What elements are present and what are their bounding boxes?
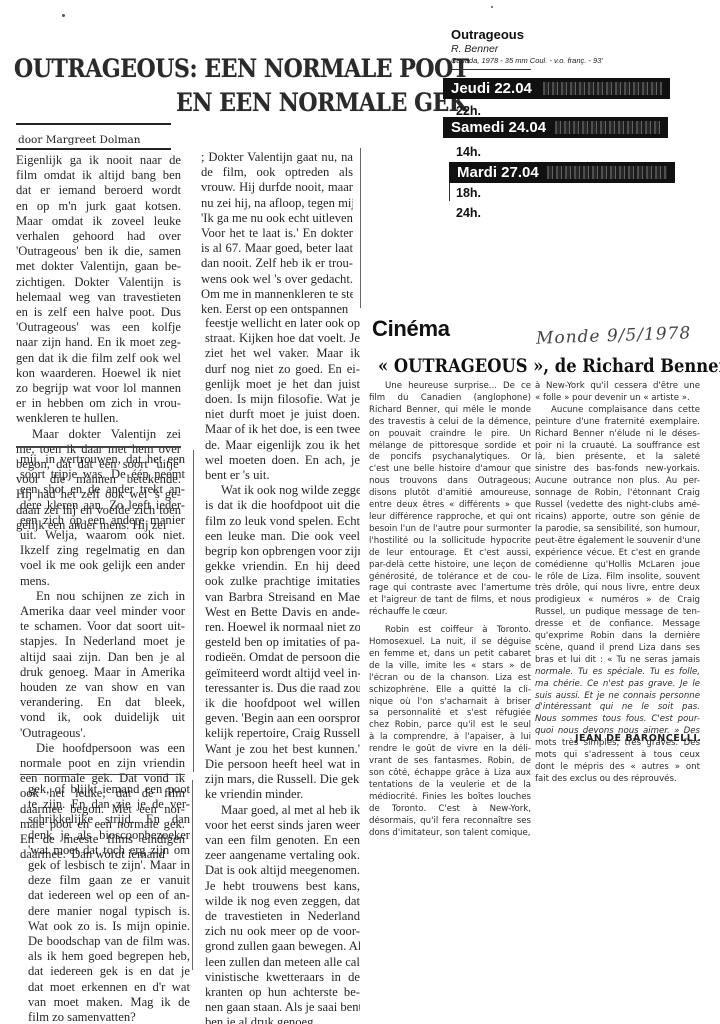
text-line: van moet maken. Mag ik de [28,995,190,1010]
text-line: een zich op een andere manier [20,513,185,528]
text-line: zeer aangename vertaling ook. [205,848,360,863]
text-line: kranten op hun achterste be- [205,985,360,1000]
text-line: scène, quand il prend Liza dans ses [535,643,700,655]
text-line: vrouw. Hij durfde nooit, maar [201,180,353,195]
column-vertical-rule [193,450,194,772]
text-line: wilde ik nog even zeggen, dat [205,894,360,909]
text-line: feestje wellicht en later ook op [205,316,360,331]
screening-time: 18h. [456,186,481,200]
text-line: sa personnalité et s'est réfugiée [369,708,531,720]
text-line: dan nooit. Zelf heb ik er trou- [201,256,353,271]
text-line: suis aussi. Et je ne connais personne [535,691,700,703]
text-line: de film, ook optreden als [201,165,353,180]
text-line: en is zelf een halve poot. Dus [16,305,181,320]
text-line: zich nu ook meer op de voor- [205,924,360,939]
text-line: voor het eerst sinds jaren weer [205,818,360,833]
text-line: soort tripje was. De één neemt [20,467,185,482]
text-line: film du Canadien (anglophone) [369,393,531,405]
text-line: dat iedereen gek is en dat je [28,964,190,979]
text-line: des travestis à celui de la démence, [369,417,531,429]
text-line: on pouvait craindre le pire. Un [369,429,531,441]
text-line: begrip kon opbrengen voor zijn [205,544,360,559]
text-line: als ik hem goed begrepen heb, [28,949,190,964]
text-line: gek of lesbisch te zijn'. Maar in [28,858,190,873]
text-line: te zijn. En dan zie je de ver- [28,797,190,812]
text-line: nous trouvons dans Outrageous; [369,476,531,488]
text-line: wel moeten doen. En ach, je [205,453,360,468]
text-line: 'Outrageous'. [20,726,185,741]
text-line: c'est une belle histoire d'amour que [369,464,531,476]
program-director: R. Benner [451,43,498,55]
listing-rule [449,183,450,201]
program-film-meta: Canada, 1978 - 35 mm Coul. - v.o. franç.… [451,56,603,65]
text-line: denk je als bioscoopbezoeker [28,828,190,843]
text-line: Wat ook zo is. Is mijn opinie. [28,919,190,934]
dutch-article-title-line1: OUTRAGEOUS: EEN NORMALE POOT [14,54,469,83]
text-line: poir ni la cruauté. La souffrance est [535,441,700,453]
text-line: nen gaan staan. Als je saai bent [205,1000,360,1015]
text-line: kon waarderen. Hoewel ik niet [16,366,181,381]
text-line: ik die hoofdpoot wel willen [205,696,360,711]
text-line: Russel (vedette des night-clubs amé- [535,500,700,512]
text-line: et l'aigreur de tant de films, et nous [369,595,531,607]
text-line: 'wat moet dat toch erg zijn om [28,843,190,858]
text-line: voel ik me ook gelijk een ander [20,558,185,573]
column-vertical-rule [192,780,193,970]
text-line: van Barbra Streisand en Mae [205,590,360,605]
text-line: met dokter Valentijn, gaan be- [16,259,181,274]
text-line: De boodschap van de film was. [28,934,190,949]
text-line: générosité, de tolérance et de cou- [369,572,531,584]
text-line: Voor het te laat is.' En dokter [201,226,353,241]
dutch-col2-top: ; Dokter Valentijn gaat nu, nade film, o… [201,150,353,317]
text-line: mens. [20,574,185,589]
dutch-col2-main: feestje wellicht en later ook opstraat. … [205,316,360,1024]
text-line: Dat is ook altijd meegenomen. [205,863,360,878]
text-line: zo begrijp wat voor lol mannen [16,381,181,396]
text-line: Ikzelf zing regelmatig en dan [20,543,185,558]
text-line: qu'exprime Robin dans la dernière [535,631,700,643]
byline: door Margreet Dolman [18,134,141,146]
text-line: Wat ik ook nog wilde zeggen [205,483,360,498]
text-line: deze film gaan ze er vanuit [28,873,190,888]
text-line: Eigenlijk ga ik nooit naar de [16,153,181,168]
text-line: vinistische kwetteraars in de [205,970,360,985]
text-line: verhalen gehoord had over [16,229,181,244]
text-line: er in hebben om zich in vrou- [16,396,181,411]
text-line: tentations de la veulerie et de la [369,780,531,792]
text-line: Je hebt trouwens best kans, [205,879,360,894]
text-line: ziet het wel vaker. Maar ik [205,346,360,361]
text-line: à la comprendre, à l'apaiser, à lui [369,732,531,744]
text-line: rendre le goût de vivre en la déli- [369,744,531,756]
text-line: disons plutôt d'amitié amoureuse, [369,488,531,500]
text-line: Maar omdat ik zoveel leuke [16,214,181,229]
text-line: Die persoon heeft heel wat in [205,757,360,772]
text-line: straat. Kijken hoe dat voelt. Je [205,331,360,346]
screening-date-bar: Jeudi 22.04 [443,78,670,99]
text-line: van een film genoten. En een [205,833,360,848]
text-line: la parodie, sa sensibilité, son humour, [535,524,700,536]
text-line: d'intéressant qui ne le soit pas. [535,702,700,714]
text-line: comédienne qu'Hollis McLaren joue [535,560,700,572]
text-line: sonnage de Robin, l'étonnant Craig [535,488,700,500]
text-line: film zo samenvatten? [28,1010,190,1024]
screening-day: Mardi 27.04 [457,164,539,181]
text-line: en op m'n jurk gaat kotsen. [16,199,181,214]
text-line: peut-être également le souvenir d'une [535,536,700,548]
text-line: leen zullen dan meteen alle cal- [205,955,360,970]
text-line: Maar goed, al met al heb ik [205,803,360,818]
text-line: 'Outrageous' ben ik die, samen [16,244,181,259]
text-line: de poncifs psychanalytiques. Or [369,452,531,464]
french-col1: Une heureuse surprise... De cefilm du Ca… [369,381,531,839]
text-line: doen. Is mijn filosofie. Wat je [205,392,360,407]
text-line: gekke vriendin. En hij deed [205,559,360,574]
text-line: ma chérie. Ce n'est pas grave. Je le [535,679,700,691]
screening-day: Jeudi 22.04 [451,80,532,97]
text-line: dere kleren aan. Zo leeft ieder- [20,498,185,513]
text-line: Homosexuel. La nuit, il se déguise [369,637,531,649]
text-line: durf nog niet zo goed. En ei- [205,362,360,377]
text-line: dons d'imitateur, son talent comique, [369,828,531,840]
screening-day: Samedi 24.04 [451,119,546,136]
text-line: entre deux êtres « différents » que [369,500,531,512]
text-line: genlijk moet je het dan juist [205,377,360,392]
print-speck [491,6,493,8]
text-line: dont le mépris des « autres » ont [535,762,700,774]
text-line: par-delà cette histoire, une leçon de [369,560,531,572]
text-line: wens ook wel 's over gedacht. [201,272,353,287]
text-line: mélange de pittoresque sordide et [369,441,531,453]
text-line: Maar of ik het doe, is een twee- [205,422,360,437]
text-line: altijd saai zijn. Dan ben je al [20,650,185,665]
dutch-article-title-line2: EN EEN NORMALE GEK [176,88,467,117]
text-line: Nous sommes tous fous. C'est pour- [535,714,700,726]
text-line: mij, in vertrouwen, dat het een [20,452,185,467]
text-line: Une heureuse surprise... De ce [369,381,531,393]
text-line: houden ze van show en van [20,680,185,695]
text-line: l'hostilité ou la sollicitude hypocrite [369,536,531,548]
text-line: is dat ik die hoofdpoot uit die [205,498,360,513]
text-line: réchauffe le cœur. [369,607,531,619]
text-line: zichtigen. Dokter Valentijn is [16,275,181,290]
text-line: ook zulke prachtige imitaties [205,574,360,589]
text-line: vond ik, ook duidelijk uit [20,710,185,725]
text-line: à New-York qu'il cessera d'être une [535,381,700,393]
text-line: sinistre des bas-fonds new-yorkais. [535,464,700,476]
text-line: ben je al druk genoeg. [205,1015,360,1024]
text-line: gen dat ik die film zelf ook wel [16,351,181,366]
text-line: 'Ik ga me nu ook echt uitleven. [201,211,353,226]
text-line: ricains) apporte, outre son génie de [535,512,700,524]
text-line: geven. 'Begin aan een oorspron- [205,711,360,726]
text-line: rage qui contraste avec l'amertume [369,583,531,595]
text-line: zijn mars, die Russell. Die gek- [205,772,360,787]
french-col2: à New-York qu'il cessera d'être une« fol… [535,381,700,786]
screening-time: 22h. [456,104,481,118]
text-line: Die hoofdpersoon was een [20,741,185,756]
text-line: ke vriendin minder. [205,787,360,802]
text-line: expérience vécue. Et c'est en grande [535,548,700,560]
text-line: film zo leuk vond spelen. Echt [205,514,360,529]
text-line: Want je zou het best kunnen.' [205,742,360,757]
text-line: Richard Benner n'élude ni le déses- [535,429,700,441]
text-line: nu zei hij, na afloop, tegen mij: [201,196,353,211]
text-line: West en Bette Davis en ande- [205,605,360,620]
text-line: de travestieten in Nederland [205,909,360,924]
text-line: dat moet erkennen en d'r wat [28,980,190,995]
text-line: teressanter is. Dus die raad zou [205,681,360,696]
text-line: Richard Benner, qui mêle le monde [369,405,531,417]
text-line: vrant de ses fantasmes. Robin, de [369,756,531,768]
text-line: désormais, qu'il fera reconnaître ses [369,816,531,828]
text-line: bras et lui dit : « Tu ne seras jamais [535,655,700,667]
text-line: kelijk repertoire, Craig Russell. [205,726,360,741]
print-speck [62,14,65,17]
text-line: helemaal weg van travestieten [16,290,181,305]
screening-date-bar: Samedi 24.04 [443,117,668,138]
column-divider-rule [16,446,181,448]
program-film-title: Outrageous [451,27,524,42]
text-line: is al 67. Maar goed, beter laat [201,241,353,256]
text-line: gesteld ben op imitaties of pa- [205,635,360,650]
text-line: geïmiteerd wordt altijd veel in- [205,666,360,681]
text-line: dat er iemand beroerd wordt [16,183,181,198]
text-line: dresse et de confiance. Message [535,619,700,631]
section-label-cinema: Cinéma [372,316,450,342]
text-line: nique où l'on s'acharnait à briser [369,697,531,709]
text-line: chez Robin, parce qu'il est le seul [369,720,531,732]
text-line: bent er 's uit. [205,468,360,483]
author-signature: JEAN DE BARONCELLI. [575,733,701,744]
program-rule [451,69,531,70]
text-line: film omdat ik altijd bang ben [16,168,181,183]
text-line: te schamen. Voor dat soort uit- [20,619,185,634]
text-line: de. Maar eigenlijk zou ik het [205,438,360,453]
screening-date-bar: Mardi 27.04 [449,162,675,183]
text-line: Aucune complaisance dans cette [535,405,700,417]
text-line: là, bien présente, et la saleté [535,452,700,464]
text-line: très drôle, qui nous livre, entre deux [535,583,700,595]
text-line: de la ville, imite les « stars » de [369,661,531,673]
text-line: rodieën. Omdat de persoon die [205,650,360,665]
text-line: En nou schijnen ze zich in [20,589,185,604]
dutch-col1-bottom: gek, of blijkt iemand een pootte zijn. E… [28,782,190,1024]
text-line: Russel, un pudique message de ten- [535,607,700,619]
byline-rule-bottom [16,148,171,150]
text-line: de leur entourage. Et c'est aussi, [369,548,531,560]
text-line: mots qui s'adressent à tous ceux [535,750,700,762]
text-line: Maar dokter Valentijn zei [16,427,181,442]
text-line: ; Dokter Valentijn gaat nu, na [201,150,353,165]
text-line: Robin est coiffeur à Toronto. [369,625,531,637]
text-line: Aucune outrance non plus. Au per- [535,476,700,488]
text-line: druk genoeg. Maar in Amerika [20,665,185,680]
column-divider-rule [20,774,185,775]
handwritten-date-note: Monde 9/5/1978 [536,323,692,348]
text-line: normale poot en zijn vriendin [20,756,185,771]
text-line: prodigieux « numéros » de Craig [535,595,700,607]
text-line: naar zijn hand. En ik moet zeg- [16,335,181,350]
text-line: « folle » pour devenir un « artiste ». [535,393,700,405]
text-line: dere manier nogal typisch is. [28,904,190,919]
screening-time: 24h. [456,206,481,220]
text-line: le rôle de Liza. Film insolite, souvent [535,572,700,584]
text-line: schizophrène. Elle a quitté la cli- [369,685,531,697]
text-line: uit. Welja, waarom ook niet. [20,528,185,543]
text-line: son côté, échappe grâce à Liza aux [369,768,531,780]
text-line: schrikkelijke strijd. En dan [28,812,190,827]
text-line: 'Outrageous' was een kolfje [16,320,181,335]
french-article-headline: « OUTRAGEOUS », de Richard Benner [378,355,720,377]
byline-rule-top [16,123,171,125]
text-line: de Toronto. C'est à New-York, [369,804,531,816]
text-line: wenkleren te hullen. [16,411,181,426]
text-line: ken. Eerst op een ontspannen [201,302,353,317]
text-line: l'écran ou de la chanson. Liza est [369,673,531,685]
text-line: normale. Tu es spéciale. Tu es folle, [535,667,700,679]
text-line: stapjes. In Nederland moet je [20,634,185,649]
text-line: gek, of blijkt iemand een poot [28,782,190,797]
screening-time: 14h. [456,145,481,159]
text-line: ren. Hoewel ik normaal niet zo [205,620,360,635]
text-line: een leuke man. Die ook veel [205,529,360,544]
text-line: dat iedereen wel op een of an- [28,888,190,903]
text-line: niet durft moet je juist doen. [205,407,360,422]
text-line: en femme et, dans un petit cabaret [369,649,531,661]
text-line: Om me in mannenkleren te ste- [201,287,353,302]
text-line: grond zullen gaan bewegen. Al- [205,939,360,954]
text-line: verandering. En dat bleek, [20,695,185,710]
text-line: médiocrité. Finies les boîtes louches [369,792,531,804]
text-line: Amerika daar veel minder voor [20,604,185,619]
text-line: een shot en de ander trekt an- [20,482,185,497]
text-line: fait des exclus ou des réprouvés. [535,774,700,786]
text-line: leur différence rapproche, et qui ont [369,512,531,524]
text-line: peinture d'une fraternité exemplaire. [535,417,700,429]
text-line: besoin l'un de l'autre pour surmonter [369,524,531,536]
column-vertical-rule [360,148,361,308]
